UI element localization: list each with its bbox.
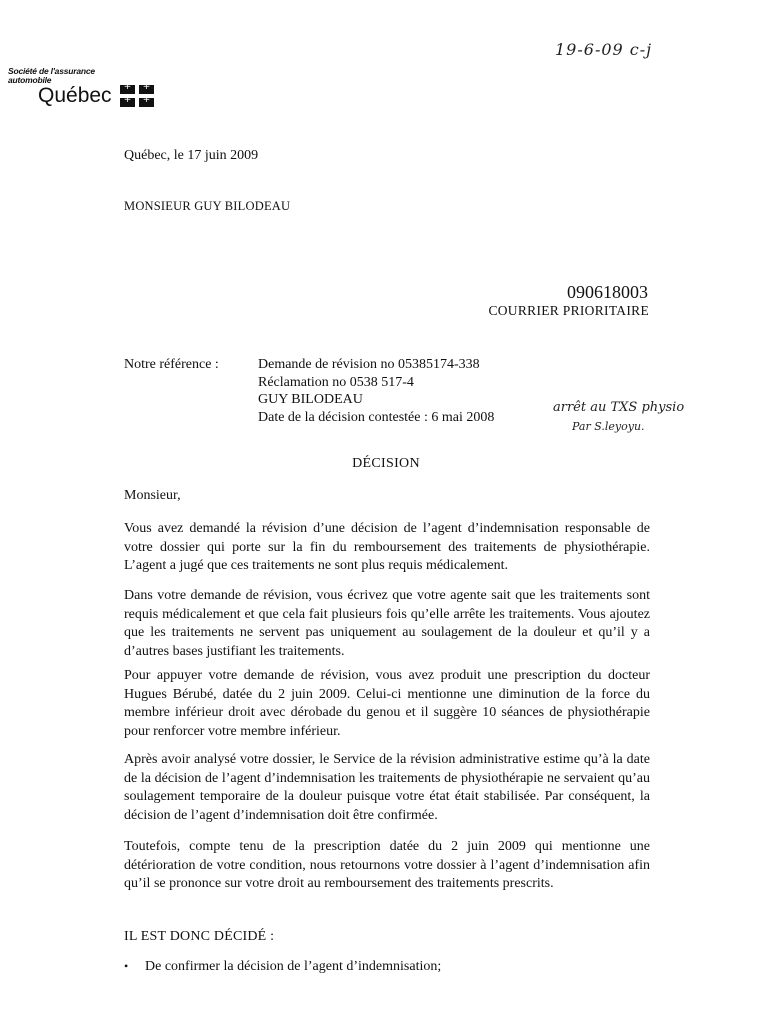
body-paragraph: Pour appuyer votre demande de révision, …: [124, 667, 650, 741]
body-paragraph: Vous avez demandé la révision d’une déci…: [124, 520, 650, 576]
logo-quebec-wordmark: Québec: [38, 84, 112, 108]
handwritten-note-line-2: Par S.leyoyu.: [572, 420, 645, 433]
reference-label: Notre référence :: [124, 356, 219, 373]
claim-number: Réclamation no 0538 517-4: [258, 374, 494, 392]
decision-item-text: De confirmer la décision de l’agent d’in…: [145, 958, 441, 975]
flag-quadrant-icon: [139, 85, 154, 94]
claimant-name: GUY BILODEAU: [258, 391, 494, 409]
letter-date: Québec, le 17 juin 2009: [124, 147, 258, 164]
flag-quadrant-icon: [120, 85, 135, 94]
handwritten-date-annotation: 19-6-09 c-j: [555, 40, 652, 59]
bullet-icon: •: [124, 958, 145, 975]
flag-quadrant-icon: [120, 98, 135, 107]
body-paragraph: Dans votre demande de révision, vous écr…: [124, 587, 650, 661]
decision-title: DÉCISION: [0, 455, 772, 472]
delivery-method: COURRIER PRIORITAIRE: [488, 303, 649, 319]
decision-list-item: • De confirmer la décision de l’agent d’…: [124, 958, 441, 975]
flag-quadrant-icon: [139, 98, 154, 107]
recipient-name: MONSIEUR GUY BILODEAU: [124, 198, 290, 215]
contested-decision-date: Date de la décision contestée : 6 mai 20…: [258, 409, 494, 427]
fleur-de-lis-flag-icon: [120, 85, 155, 107]
decision-heading: IL EST DONC DÉCIDÉ :: [124, 928, 274, 945]
greeting: Monsieur,: [124, 487, 181, 504]
logo-organization-name: Société de l'assurance automobile: [8, 67, 95, 85]
handwritten-note-line-1: arrêt au TXS physio: [553, 400, 684, 415]
reference-details: Demande de révision no 05385174-338 Récl…: [258, 356, 494, 426]
body-paragraph: Toutefois, compte tenu de la prescriptio…: [124, 838, 650, 894]
file-number: 090618003: [567, 282, 648, 303]
revision-request-number: Demande de révision no 05385174-338: [258, 356, 494, 374]
body-paragraph: Après avoir analysé votre dossier, le Se…: [124, 751, 650, 825]
